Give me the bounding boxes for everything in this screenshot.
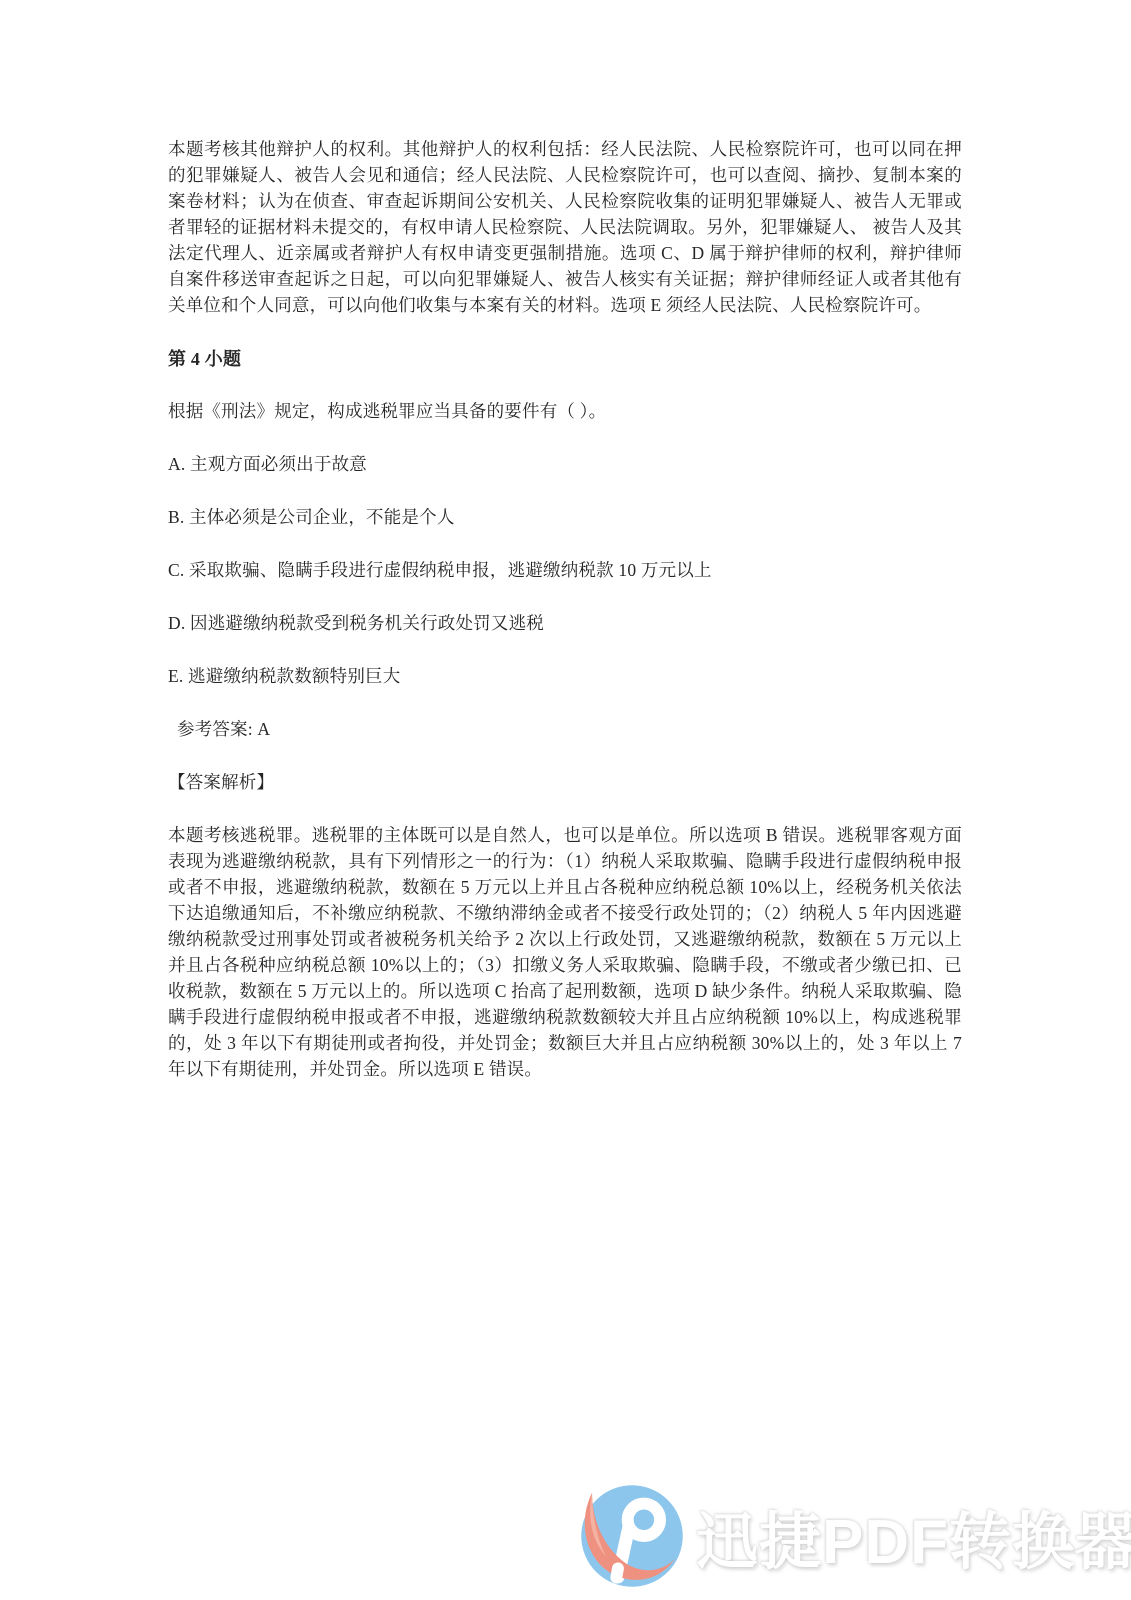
option-d: D. 因逃避缴纳税款受到税务机关行政处罚又逃税: [168, 610, 962, 636]
question-stem: 根据《刑法》规定，构成逃税罪应当具备的要件有（ ）。: [168, 398, 962, 424]
section-title: 第 4 小题: [168, 346, 962, 372]
analysis-header: 【答案解析】: [168, 769, 962, 795]
option-a: A. 主观方面必须出于故意: [168, 451, 962, 477]
option-c: C. 采取欺骗、隐瞒手段进行虚假纳税申报，逃避缴纳税款 10 万元以上: [168, 557, 962, 583]
option-e: E. 逃避缴纳税款数额特别巨大: [168, 663, 962, 689]
analysis-body: 本题考核逃税罪。逃税罪的主体既可以是自然人，也可以是单位。所以选项 B 错误。逃…: [168, 822, 962, 1082]
document-content: 本题考核其他辩护人的权利。其他辩护人的权利包括：经人民法院、人民检察院许可，也可…: [168, 136, 962, 1082]
reference-answer: 参考答案: A: [168, 716, 962, 742]
pdf-page: 本题考核其他辩护人的权利。其他辩护人的权利包括：经人民法院、人民检察院许可，也可…: [0, 0, 1131, 1600]
brand-logo-icon: [578, 1482, 686, 1590]
converter-watermark: 迅捷PDF转换器: [578, 1482, 1131, 1590]
brand-name: 迅捷PDF转换器: [696, 1492, 1131, 1581]
option-b: B. 主体必须是公司企业，不能是个人: [168, 504, 962, 530]
previous-question-analysis: 本题考核其他辩护人的权利。其他辩护人的权利包括：经人民法院、人民检察院许可，也可…: [168, 136, 962, 318]
